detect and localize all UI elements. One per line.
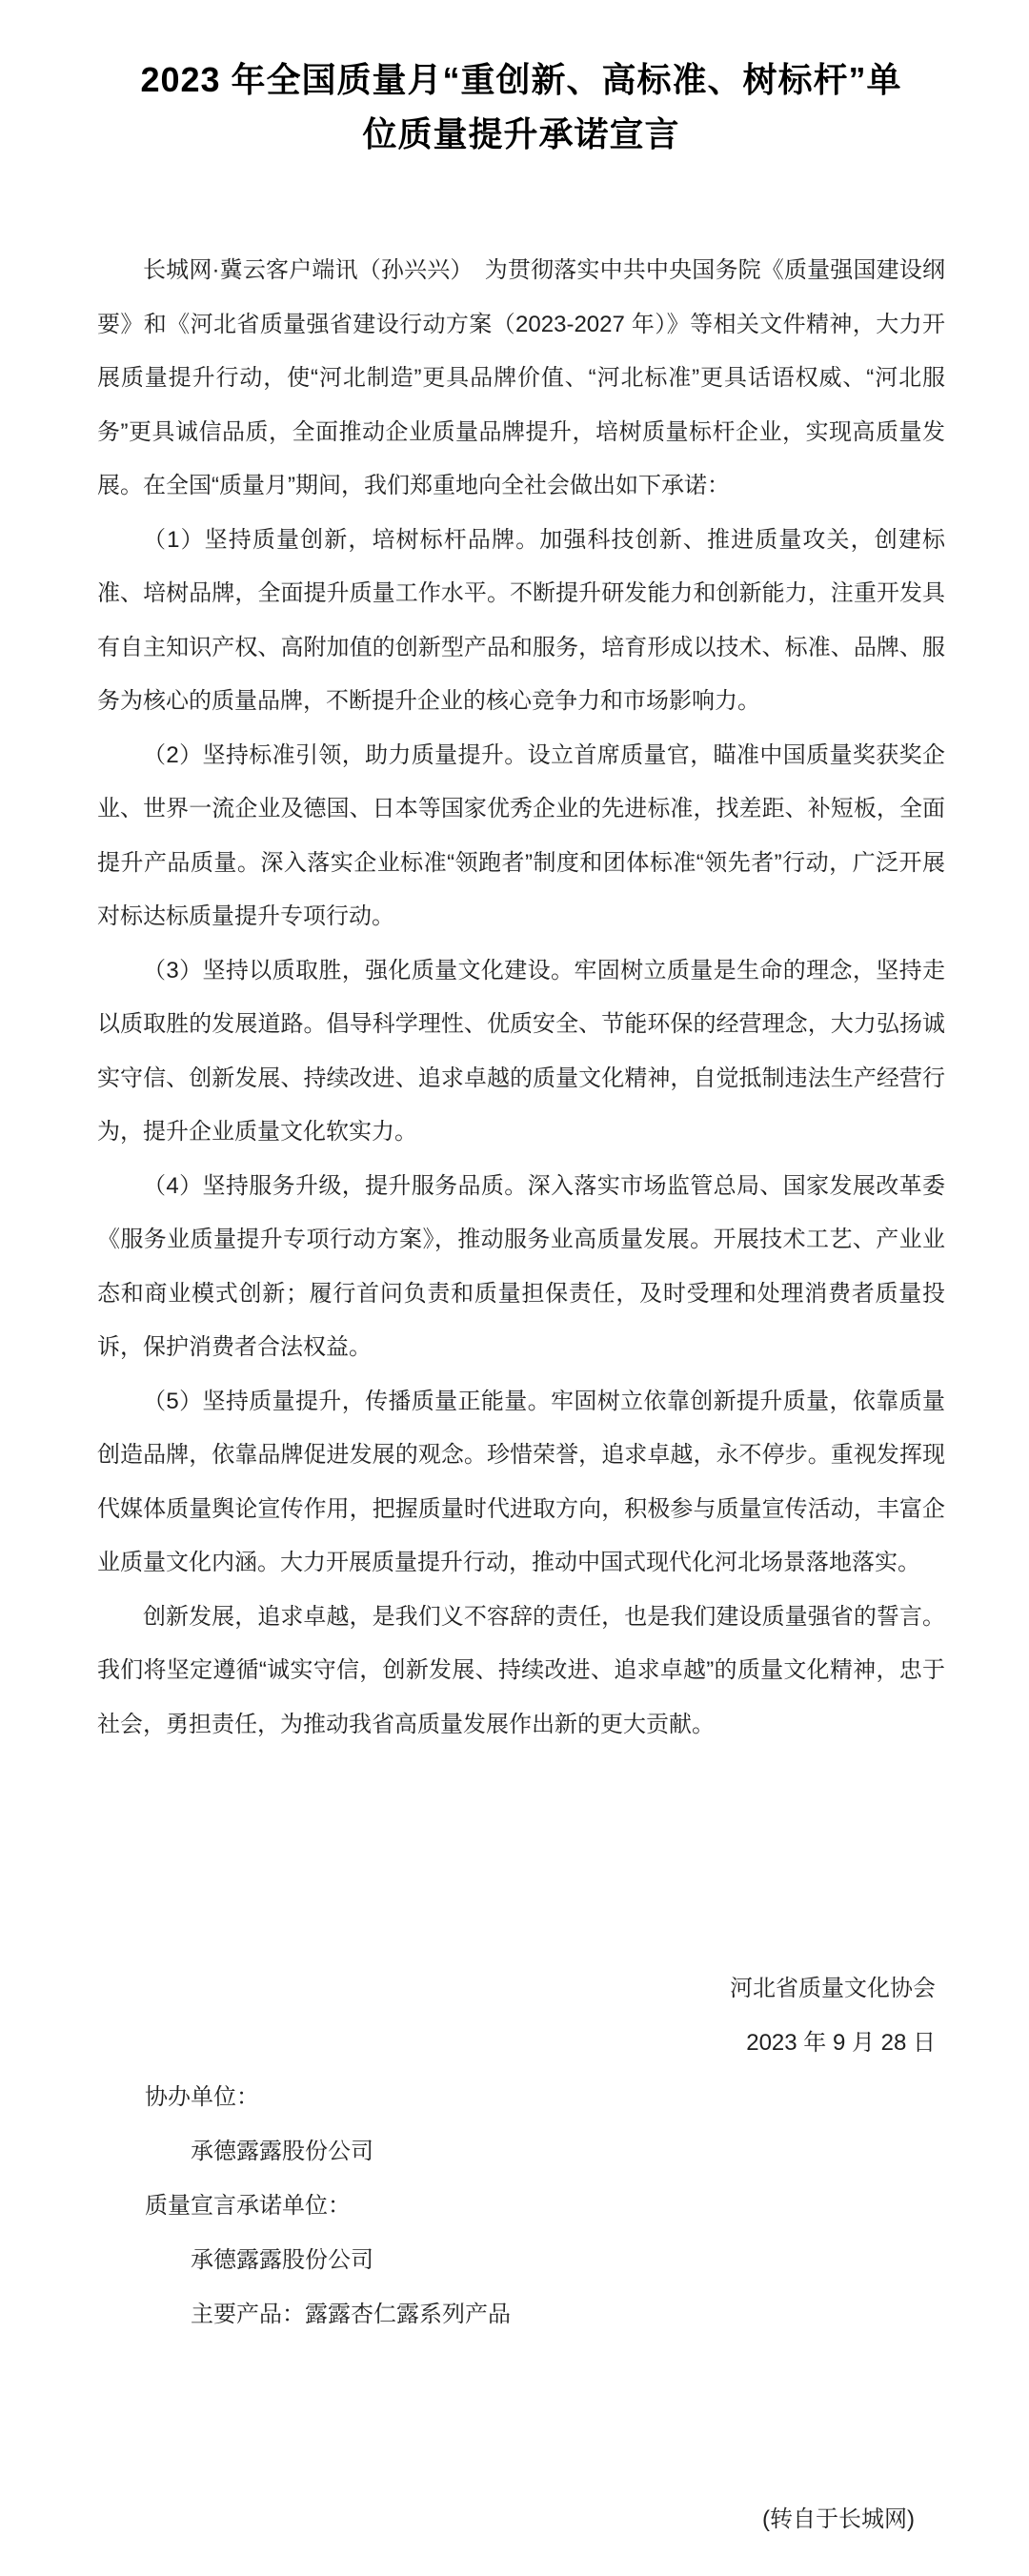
source-attribution: (转自于长城网) [97, 2492, 945, 2546]
document-page: 2023 年全国质量月“重创新、高标准、树标杆”单 位质量提升承诺宣言 长城网·… [0, 0, 1029, 2576]
document-body: 长城网·冀云客户端讯（孙兴兴） 为贯彻落实中共中央国务院《质量强国建设纲要》和《… [97, 244, 945, 1752]
paragraph-item-1: （1）坚持质量创新，培树标杆品牌。加强科技创新、推进质量攻关，创建标准、培树品牌… [97, 514, 945, 729]
paragraph-item-4: （4）坚持服务升级，提升服务品质。深入落实市场监管总局、国家发展改革委《服务业质… [97, 1160, 945, 1375]
signature-block: 河北省质量文化协会 2023 年 9 月 28 日 协办单位： 承德露露股份公司… [97, 1961, 945, 2342]
signature-date: 2023 年 9 月 28 日 [97, 2016, 945, 2070]
paragraph-item-2: （2）坚持标准引领，助力质量提升。设立首席质量官，瞄准中国质量奖获奖企业、世界一… [97, 729, 945, 944]
signature-organization: 河北省质量文化协会 [97, 1961, 945, 2016]
document-title-line-1: 2023 年全国质量月“重创新、高标准、树标杆”单 [140, 60, 901, 99]
paragraph-item-5: （5）坚持质量提升，传播质量正能量。牢固树立依靠创新提升质量，依靠质量创造品牌，… [97, 1375, 945, 1591]
co-organizer-label: 协办单位： [97, 2070, 945, 2124]
paragraph-intro: 长城网·冀云客户端讯（孙兴兴） 为贯彻落实中共中央国务院《质量强国建设纲要》和《… [97, 244, 945, 514]
main-products-line: 主要产品：露露杏仁露系列产品 [97, 2287, 945, 2342]
co-organizer-name: 承德露露股份公司 [97, 2124, 945, 2179]
document-title: 2023 年全国质量月“重创新、高标准、树标杆”单 位质量提升承诺宣言 [97, 52, 945, 161]
paragraph-closing: 创新发展，追求卓越，是我们义不容辞的责任，也是我们建设质量强省的誓言。我们将坚定… [97, 1591, 945, 1753]
declaring-unit-label: 质量宣言承诺单位： [97, 2179, 945, 2233]
paragraph-item-3: （3）坚持以质取胜，强化质量文化建设。牢固树立质量是生命的理念，坚持走以质取胜的… [97, 944, 945, 1160]
declaring-unit-name: 承德露露股份公司 [97, 2233, 945, 2287]
document-title-line-2: 位质量提升承诺宣言 [362, 114, 679, 153]
